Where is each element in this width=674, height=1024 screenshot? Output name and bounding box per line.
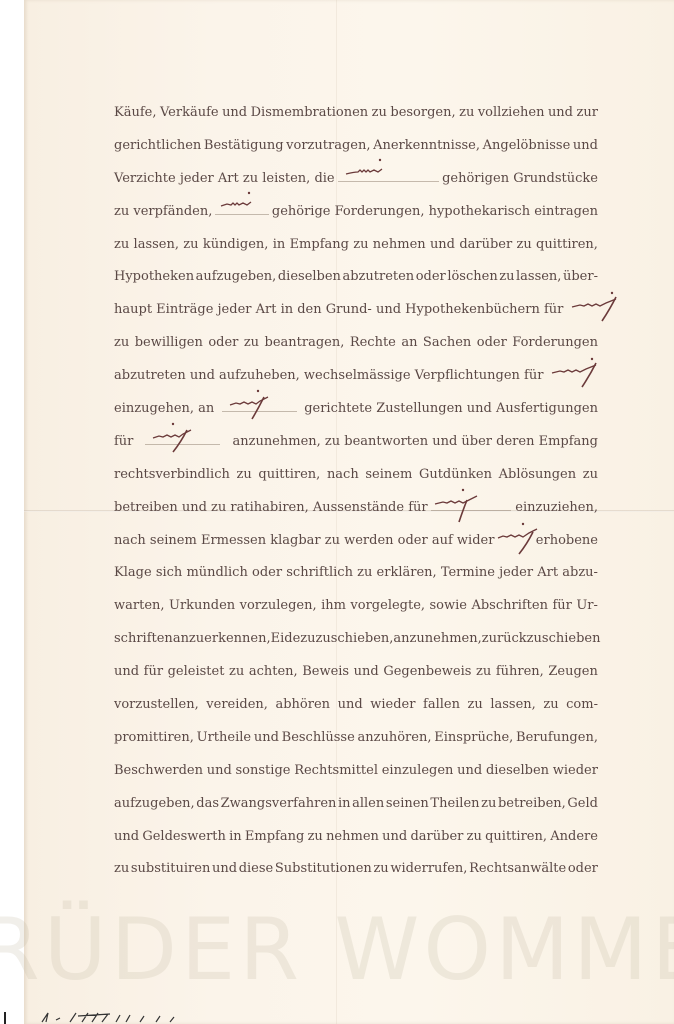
word: und (207, 755, 232, 788)
handwritten-mich-icon (497, 520, 541, 556)
text-line-with-blank: zu verpfänden, gehörige Forderungen, hyp… (114, 196, 598, 229)
word: in (229, 821, 242, 854)
word: und (430, 229, 455, 262)
word: Empfang (290, 229, 349, 262)
word: vorgelegte, (350, 590, 425, 623)
word: Klage (114, 557, 152, 590)
word: das (196, 788, 219, 821)
word: und (548, 97, 573, 130)
word: Einsprüche, (434, 722, 513, 755)
text-line: BeschwerdenundsonstigeRechtsmitteleinzul… (114, 755, 598, 788)
word: Verkäufe (160, 97, 219, 130)
handwritten-mich-icon (570, 289, 626, 323)
handwritten-field (497, 532, 532, 544)
word: zu (459, 97, 474, 130)
text-line: Klagesichmündlichoderschriftlichzuerklär… (114, 557, 598, 590)
word: zu (114, 853, 129, 886)
word: oder (416, 261, 446, 294)
word: zu (583, 459, 598, 492)
word: zu (237, 459, 252, 492)
word: und (457, 755, 482, 788)
word: schriftlich (286, 557, 353, 590)
word: Ablösungen (499, 459, 577, 492)
text-line: undfürgeleistetzuachten,BeweisundGegenbe… (114, 656, 598, 689)
word: anzuerkennen, (173, 623, 271, 656)
word: diese (239, 853, 274, 886)
handwritten-mich-icon (151, 420, 207, 454)
text-line: Hypothekenaufzugeben,dieselbenabzutreten… (114, 261, 598, 294)
word: Hypotheken (114, 261, 194, 294)
word: oder (477, 327, 507, 360)
word: zu (499, 261, 514, 294)
handwritten-mich-icon (433, 486, 493, 524)
word: zu (114, 229, 129, 262)
word: lassen, (516, 261, 561, 294)
word: promittiren, (114, 722, 194, 755)
word: sowie (430, 590, 467, 623)
word: zu (183, 229, 198, 262)
word: Rechtsanwälte (469, 853, 566, 886)
text-line: aufzugeben,dasZwangsverfahreninallensein… (114, 788, 598, 821)
word: quittiren, (485, 821, 547, 854)
word: Käufe, (114, 97, 156, 130)
text-line: schriftenanzuerkennen,Eidezuzuschieben,a… (114, 623, 598, 656)
word: aufzugeben, (114, 788, 195, 821)
text-line: undGeldeswerthinEmpfangzunehmenunddarübe… (114, 821, 598, 854)
word: und (254, 722, 279, 755)
word: Berufungen, (516, 722, 598, 755)
word: darüber (410, 821, 463, 854)
word: oder (208, 327, 238, 360)
word: nehmen (326, 821, 379, 854)
text-line: rechtsverbindlichzuquittiren,nachseinemG… (114, 459, 598, 492)
word: zu (308, 821, 323, 854)
word: erklären, (377, 557, 437, 590)
word: Rechtsmittel (294, 755, 378, 788)
word: zu (244, 327, 259, 360)
text-line: Käufe,VerkäufeundDismembrationenzubesorg… (114, 97, 598, 130)
word: anzuhören, (358, 722, 432, 755)
word: einzulegen (382, 755, 454, 788)
word: Beweis (302, 656, 349, 689)
word: wieder (553, 755, 598, 788)
word: Empfang (245, 821, 304, 854)
watermark-text: RÜDER WOMMER (0, 905, 674, 995)
word: bewilligen (135, 327, 203, 360)
word: in (338, 788, 351, 821)
word: geleistet (168, 656, 225, 689)
word: Bestätigung (204, 130, 284, 163)
word: achten, (249, 656, 298, 689)
word: und (382, 821, 407, 854)
word: Geldeswerth (142, 821, 226, 854)
word: Art (537, 557, 558, 590)
word: widerrufen, (390, 853, 467, 886)
handwritten-mir-icon (219, 187, 265, 213)
handwritten-mich-icon (550, 355, 606, 389)
word: zu (229, 656, 244, 689)
word: aufzugeben, (196, 261, 277, 294)
word: oder (568, 853, 598, 886)
word: oder (252, 557, 282, 590)
word: vereiden, (206, 689, 268, 722)
word: Beschwerden (114, 755, 203, 788)
word: und (114, 656, 139, 689)
word: seinem (365, 459, 412, 492)
word: zur (577, 97, 598, 130)
word: fallen (423, 689, 460, 722)
word: zu (543, 689, 558, 722)
text-line-with-blank: Verzichte jeder Art zu leisten, die gehö… (114, 163, 598, 196)
word: mündlich (186, 557, 247, 590)
word: zu (114, 327, 129, 360)
word: Gegenbeweis (383, 656, 471, 689)
text-line: zusubstituirenunddieseSubstitutionenzuwi… (114, 853, 598, 886)
word: vorzulegen, (240, 590, 317, 623)
word: abhören (275, 689, 330, 722)
word: und (354, 656, 379, 689)
word: Abschriften (471, 590, 548, 623)
edge-mark (4, 1012, 6, 1024)
word: Sachen (423, 327, 471, 360)
word: vorzustellen, (114, 689, 199, 722)
text-line: warten,Urkundenvorzulegen,ihmvorgelegte,… (114, 590, 598, 623)
word: zu (373, 853, 388, 886)
handwritten-mich-icon (228, 387, 284, 421)
handwritten-scribble-icon (40, 1010, 200, 1024)
word: Urtheile (197, 722, 251, 755)
word: Andere (550, 821, 598, 854)
word: zu (372, 97, 387, 130)
text-line-with-blank: nach seinem Ermessen klagbar zu werden o… (114, 525, 598, 558)
word: wieder (370, 689, 415, 722)
handwritten-field (145, 432, 220, 445)
text-line-with-blank: abzutreten und aufzuheben, wechselmässig… (114, 360, 598, 393)
word: zuzuschieben, (300, 623, 393, 656)
word: zu (476, 656, 491, 689)
word: an (401, 327, 417, 360)
word: darüber (459, 229, 512, 262)
word: für (552, 590, 571, 623)
word: jeder (499, 557, 533, 590)
word: beantragen, (265, 327, 345, 360)
word: anzunehmen, (393, 623, 481, 656)
word: und (222, 97, 247, 130)
word: zu (481, 788, 496, 821)
word: seinen (386, 788, 429, 821)
word: dieselben (486, 755, 549, 788)
word: Rechte (350, 327, 396, 360)
word: sonstige (236, 755, 291, 788)
word: und (573, 130, 598, 163)
text-line: promittiren,UrtheileundBeschlüsseanzuhör… (114, 722, 598, 755)
word: allen (352, 788, 384, 821)
word: Urkunden (169, 590, 235, 623)
handwritten-field (215, 202, 268, 215)
word: für (144, 656, 163, 689)
word: zu (353, 229, 368, 262)
handwritten-field (222, 399, 297, 412)
word: com- (566, 689, 598, 722)
word: Angelöbnisse (483, 130, 571, 163)
text-line: zulassen,zukündigen,inEmpfangzunehmenund… (114, 229, 598, 262)
text-line-with-blank: für anzunehmen, zu beantworten und über … (114, 426, 598, 459)
word: Zeugen (548, 656, 598, 689)
text-line: vorzustellen,vereiden,abhörenundwiederfa… (114, 689, 598, 722)
word: rechtsverbindlich (114, 459, 230, 492)
word: lassen, (490, 689, 535, 722)
word: Theilen (430, 788, 479, 821)
word: Substitutionen (275, 853, 372, 886)
handwritten-field (566, 301, 595, 313)
word: ihm (321, 590, 346, 623)
word: gerichtlichen (114, 130, 201, 163)
word: und (114, 821, 139, 854)
word: Eide (271, 623, 301, 656)
document-body: Käufe,VerkäufeundDismembrationenzubesorg… (114, 97, 598, 886)
word: vollziehen (478, 97, 545, 130)
word: betreiben, (498, 788, 566, 821)
word: in (273, 229, 286, 262)
word: besorgen, (390, 97, 455, 130)
word: substituiren (131, 853, 210, 886)
word: kündigen, (203, 229, 269, 262)
word: zu (468, 689, 483, 722)
word: Geld (567, 788, 598, 821)
word: nach (327, 459, 359, 492)
word: und (212, 853, 237, 886)
word: Beschlüsse (282, 722, 355, 755)
handwritten-mir-icon (344, 154, 394, 180)
word: Ur- (576, 590, 598, 623)
word: führen, (496, 656, 544, 689)
word: sich (156, 557, 182, 590)
word: schriften (114, 623, 173, 656)
word: Zwangsverfahren (221, 788, 337, 821)
word: zu (517, 229, 532, 262)
word: zu (357, 557, 372, 590)
text-line-with-blank: haupt Einträge jeder Art in den Grund- u… (114, 294, 598, 327)
text-line: zubewilligenoderzubeantragen,RechteanSac… (114, 327, 598, 360)
word: quittiren, (258, 459, 320, 492)
word: quittiren, (536, 229, 598, 262)
word: löschen (447, 261, 497, 294)
word: abzu- (562, 557, 598, 590)
word: Termine (441, 557, 495, 590)
handwritten-field (431, 498, 511, 511)
word: abzutreten (342, 261, 414, 294)
word: Dismembrationen (251, 97, 369, 130)
word: lassen, (134, 229, 179, 262)
word: zu (467, 821, 482, 854)
word: und (338, 689, 363, 722)
word: dieselben (278, 261, 341, 294)
handwritten-field (546, 367, 595, 379)
word: zurückzuschieben (482, 623, 601, 656)
handwritten-field (338, 169, 439, 182)
word: nehmen (373, 229, 426, 262)
word: warten, (114, 590, 165, 623)
